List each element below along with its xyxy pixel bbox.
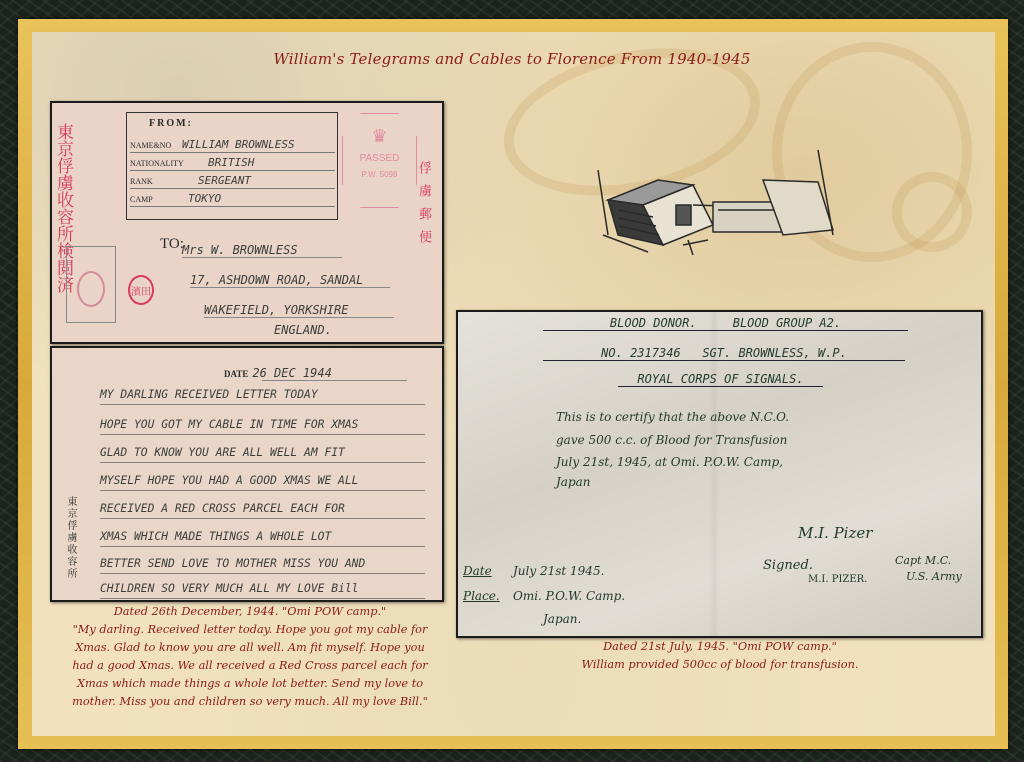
cert-signer-name: M.I. PIZER. [808, 574, 867, 585]
blood-donor-certificate-image: BLOOD DONOR. BLOOD GROUP A2. NO. 2317346… [456, 310, 983, 638]
cert-place-value: Omi. P.O.W. Camp. [513, 589, 625, 603]
letter-line: MY DARLING RECEIVED LETTER TODAY [100, 386, 425, 405]
address-line: ENGLAND. [274, 323, 332, 337]
cert-header-3: ROYAL CORPS OF SIGNALS. [618, 372, 823, 387]
cert-body-line: July 21st, 1945, at Omi. P.O.W. Camp, [556, 455, 783, 469]
letter-line: CHILDREN SO VERY MUCH ALL MY LOVE Bill [100, 580, 425, 599]
cert-header-1: BLOOD DONOR. BLOOD GROUP A2. [543, 316, 908, 331]
address-line: 17, ASHDOWN ROAD, SANDAL [190, 273, 390, 288]
letter-image: DATE26 DEC 1944 MY DARLING RECEIVED LETT… [50, 346, 444, 602]
certificate-caption: Dated 21st July, 1945. "Omi POW camp." W… [520, 638, 920, 674]
letter-line: BETTER SEND LOVE TO MOTHER MISS YOU AND [100, 555, 425, 574]
from-row-nationality: NATIONALITY BRITISH [130, 153, 335, 171]
cert-header-2: NO. 2317346 SGT. BROWNLESS, W.P. [543, 346, 905, 361]
from-row-rank: RANK SERGEANT [130, 171, 335, 189]
inner-seal [77, 271, 105, 307]
envelope-image: 東京俘虜收容所検閲済 濱田 FROM: NAME&NO WILLIAM BROW… [50, 101, 444, 344]
cert-date-value: July 21st 1945. [513, 564, 604, 578]
grey-censor-stamp [66, 246, 116, 323]
cert-body-line: gave 500 c.c. of Blood for Transfusion [556, 433, 787, 447]
to-label: TO: [160, 236, 184, 253]
address-line: WAKEFIELD, YORKSHIRE [204, 303, 394, 318]
cert-place-label: Place. [463, 589, 500, 603]
letter-line: RECEIVED A RED CROSS PARCEL EACH FOR [100, 500, 425, 519]
letter-cjk-text: 東京俘虜收容所 [64, 496, 76, 580]
letter-line: GLAD TO KNOW YOU ARE ALL WELL AM FIT [100, 444, 425, 463]
cert-signer-org: U.S. Army [906, 570, 962, 583]
cert-signature: M.I. Pizer [798, 524, 872, 542]
from-row-name: NAME&NO WILLIAM BROWNLESS [130, 135, 335, 153]
cert-body-line: This is to certify that the above N.C.O. [556, 410, 789, 424]
address-line: Mrs W. BROWNLESS [182, 243, 342, 258]
letter-line: HOPE YOU GOT MY CABLE IN TIME FOR XMAS [100, 416, 425, 435]
swirl-ornament [892, 172, 972, 252]
pow-camp-hut-sketch-icon [588, 140, 858, 260]
cert-date-label: Date [463, 564, 492, 578]
crown-icon: ♛ [343, 126, 416, 147]
cert-signer-rank: Capt M.C. [895, 554, 951, 567]
letter-line: MYSELF HOPE YOU HAD A GOOD XMAS WE ALL [100, 472, 425, 491]
pow-mail-cjk-text: 俘虜郵便 [414, 161, 433, 253]
letter-caption: Dated 26th December, 1944. "Omi POW camp… [40, 603, 460, 711]
cert-signed-label: Signed. [763, 558, 813, 573]
page-title: William's Telegrams and Cables to Floren… [0, 50, 1024, 68]
cert-place-value-2: Japan. [543, 612, 581, 626]
letter-line: XMAS WHICH MADE THINGS A WHOLE LOT [100, 528, 425, 547]
from-row-camp: CAMP TOKYO [130, 189, 335, 207]
red-seal: 濱田 [128, 275, 154, 305]
from-box: FROM: NAME&NO WILLIAM BROWNLESS NATIONAL… [126, 112, 338, 220]
passed-stamp: ♛ PASSED P.W. 5098 [342, 113, 417, 208]
date-rule [262, 380, 407, 381]
letter-date: DATE26 DEC 1944 [224, 366, 332, 380]
from-label: FROM: [149, 118, 193, 129]
cert-body-line: Japan [556, 475, 591, 489]
